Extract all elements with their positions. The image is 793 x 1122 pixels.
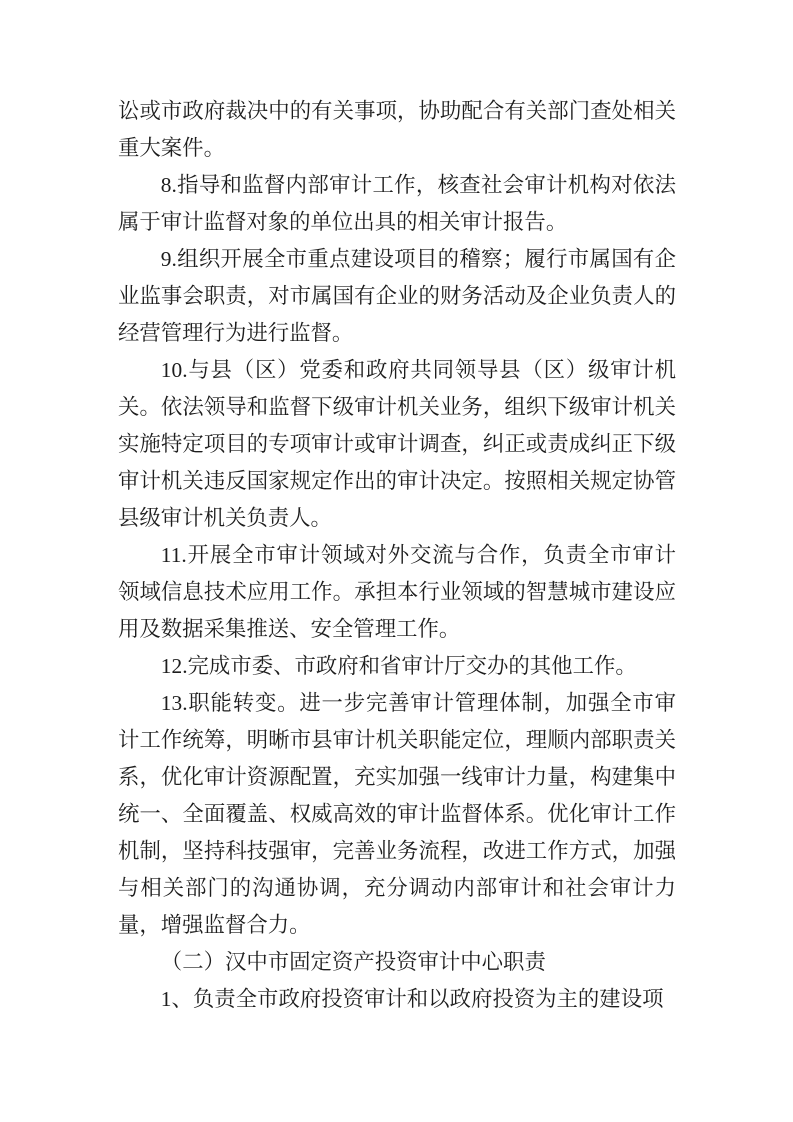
- paragraph: 9.组织开展全市重点建设项目的稽察；履行市属国有企业监事会职责，对市属国有企业的…: [118, 241, 676, 352]
- paragraph: 11.开展全市审计领域对外交流与合作，负责全市审计领域信息技术应用工作。承担本行…: [118, 537, 676, 648]
- paragraph: 12.完成市委、市政府和省审计厅交办的其他工作。: [118, 648, 676, 685]
- paragraph: 1、负责全市政府投资审计和以政府投资为主的建设项: [118, 981, 676, 1018]
- document-page: 讼或市政府裁决中的有关事项，协助配合有关部门查处相关重大案件。8.指导和监督内部…: [0, 0, 793, 1122]
- document-text-body: 讼或市政府裁决中的有关事项，协助配合有关部门查处相关重大案件。8.指导和监督内部…: [118, 93, 676, 1018]
- paragraph: 8.指导和监督内部审计工作，核查社会审计机构对依法属于审计监督对象的单位出具的相…: [118, 167, 676, 241]
- paragraph: 13.职能转变。进一步完善审计管理体制，加强全市审计工作统筹，明晰市县审计机关职…: [118, 685, 676, 944]
- paragraph: （二）汉中市固定资产投资审计中心职责: [118, 944, 676, 981]
- paragraph: 讼或市政府裁决中的有关事项，协助配合有关部门查处相关重大案件。: [118, 93, 676, 167]
- paragraph: 10.与县（区）党委和政府共同领导县（区）级审计机关。依法领导和监督下级审计机关…: [118, 352, 676, 537]
